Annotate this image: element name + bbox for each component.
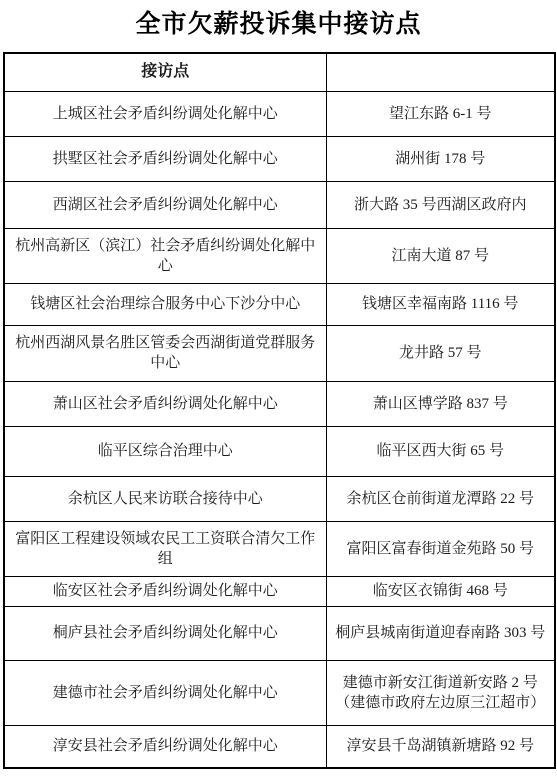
address-cell: 淳安县千岛湖镇新塘路 92 号 xyxy=(326,725,555,768)
address-cell: 望江东路 6-1 号 xyxy=(326,91,555,136)
address-cell: 钱塘区幸福南路 1116 号 xyxy=(326,283,555,325)
table-row: 桐庐县社会矛盾纠纷调处化解中心 桐庐县城南街道迎春南路 303 号 xyxy=(4,606,555,660)
address-cell: 余杭区仓前街道龙潭路 22 号 xyxy=(326,476,555,521)
header-cell-reception-point: 接访点 xyxy=(4,53,326,91)
page-title: 全市欠薪投诉集中接访点 xyxy=(0,0,557,48)
reception-point-cell: 临平区综合治理中心 xyxy=(4,426,326,476)
table-row: 建德市社会矛盾纠纷调处化解中心 建德市新安江街道新安路 2 号（建德市政府左边原… xyxy=(4,660,555,725)
table-row: 杭州西湖风景名胜区管委会西湖街道党群服务中心 龙井路 57 号 xyxy=(4,325,555,381)
table-row: 临安区社会矛盾纠纷调处化解中心 临安区衣锦街 468 号 xyxy=(4,576,555,606)
address-cell: 浙大路 35 号西湖区政府内 xyxy=(326,181,555,228)
reception-point-cell: 临安区社会矛盾纠纷调处化解中心 xyxy=(4,576,326,606)
document-page: 全市欠薪投诉集中接访点 接访点 上城区社会矛盾纠纷调处化解中心 望江东路 6-1… xyxy=(0,0,557,777)
table-row: 淳安县社会矛盾纠纷调处化解中心 淳安县千岛湖镇新塘路 92 号 xyxy=(4,725,555,768)
address-cell: 桐庐县城南街道迎春南路 303 号 xyxy=(326,606,555,660)
table-row: 拱墅区社会矛盾纠纷调处化解中心 湖州街 178 号 xyxy=(4,136,555,181)
reception-point-cell: 拱墅区社会矛盾纠纷调处化解中心 xyxy=(4,136,326,181)
reception-point-cell: 上城区社会矛盾纠纷调处化解中心 xyxy=(4,91,326,136)
table-row: 钱塘区社会治理综合服务中心下沙分中心 钱塘区幸福南路 1116 号 xyxy=(4,283,555,325)
table-row: 临平区综合治理中心 临平区西大街 65 号 xyxy=(4,426,555,476)
table-row: 富阳区工程建设领域农民工工资联合清欠工作组 富阳区富春街道金苑路 50 号 xyxy=(4,521,555,576)
table-header-row: 接访点 xyxy=(4,53,555,91)
reception-point-cell: 建德市社会矛盾纠纷调处化解中心 xyxy=(4,660,326,725)
reception-point-cell: 西湖区社会矛盾纠纷调处化解中心 xyxy=(4,181,326,228)
table-row: 萧山区社会矛盾纠纷调处化解中心 萧山区博学路 837 号 xyxy=(4,381,555,426)
address-cell: 富阳区富春街道金苑路 50 号 xyxy=(326,521,555,576)
address-cell: 龙井路 57 号 xyxy=(326,325,555,381)
address-cell: 临平区西大街 65 号 xyxy=(326,426,555,476)
address-cell: 萧山区博学路 837 号 xyxy=(326,381,555,426)
address-cell: 临安区衣锦街 468 号 xyxy=(326,576,555,606)
reception-point-cell: 杭州西湖风景名胜区管委会西湖街道党群服务中心 xyxy=(4,325,326,381)
reception-point-cell: 萧山区社会矛盾纠纷调处化解中心 xyxy=(4,381,326,426)
table-row: 西湖区社会矛盾纠纷调处化解中心 浙大路 35 号西湖区政府内 xyxy=(4,181,555,228)
table-row: 杭州高新区（滨江）社会矛盾纠纷调处化解中心 江南大道 87 号 xyxy=(4,228,555,283)
header-cell-address-empty xyxy=(326,53,555,91)
address-cell: 湖州街 178 号 xyxy=(326,136,555,181)
reception-point-cell: 富阳区工程建设领域农民工工资联合清欠工作组 xyxy=(4,521,326,576)
address-cell: 建德市新安江街道新安路 2 号（建德市政府左边原三江超市） xyxy=(326,660,555,725)
reception-points-table: 接访点 上城区社会矛盾纠纷调处化解中心 望江东路 6-1 号 拱墅区社会矛盾纠纷… xyxy=(3,52,556,769)
table-row: 余杭区人民来访联合接待中心 余杭区仓前街道龙潭路 22 号 xyxy=(4,476,555,521)
reception-point-cell: 钱塘区社会治理综合服务中心下沙分中心 xyxy=(4,283,326,325)
reception-point-cell: 淳安县社会矛盾纠纷调处化解中心 xyxy=(4,725,326,768)
reception-point-cell: 余杭区人民来访联合接待中心 xyxy=(4,476,326,521)
reception-point-cell: 杭州高新区（滨江）社会矛盾纠纷调处化解中心 xyxy=(4,228,326,283)
table-row: 上城区社会矛盾纠纷调处化解中心 望江东路 6-1 号 xyxy=(4,91,555,136)
address-cell: 江南大道 87 号 xyxy=(326,228,555,283)
reception-point-cell: 桐庐县社会矛盾纠纷调处化解中心 xyxy=(4,606,326,660)
